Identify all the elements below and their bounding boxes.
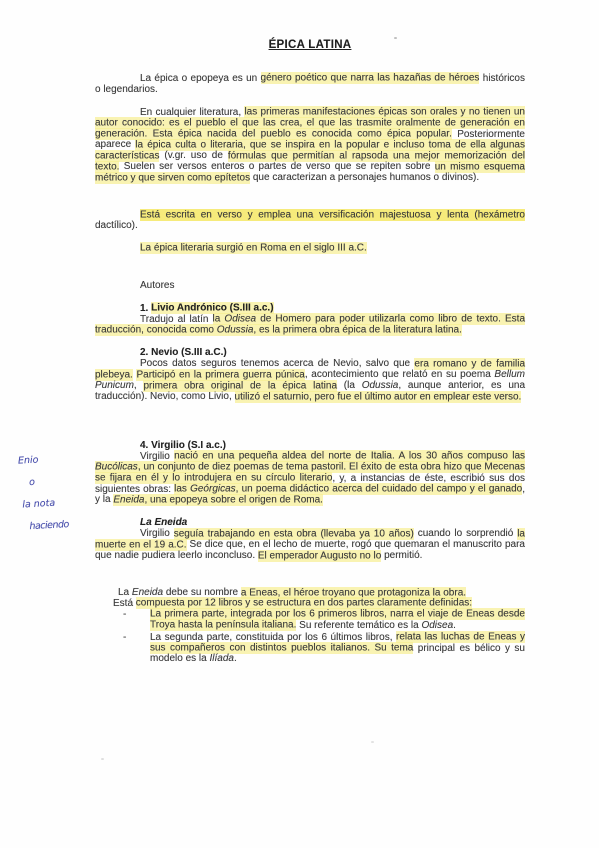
handwritten-margin-note: Enioola notahaciendo	[12, 452, 89, 544]
highlight-run: género poético que narra las hazañas de …	[261, 72, 480, 84]
photocopy-speck	[371, 741, 374, 743]
text-run: dactílico).	[95, 220, 138, 231]
text-run: La	[118, 587, 132, 598]
paragraph: La épica o epopeya es un género poético …	[95, 74, 525, 96]
highlight-run: Odussia	[217, 324, 254, 336]
italic-term: La Eneida	[140, 517, 187, 528]
text-run: (v.gr. uso de	[159, 150, 227, 161]
text-run: (la	[337, 380, 362, 391]
text-run: Tradujo al latín	[140, 314, 213, 325]
italic-term: Odussia	[362, 380, 399, 391]
paragraph: Virgilio nació en una pequeña aldea del …	[95, 452, 525, 507]
highlight-run: Eneida	[113, 494, 144, 506]
paragraph: Pocos datos seguros tenemos acerca de Ne…	[95, 359, 525, 403]
paragraph: En cualquier literatura, las primeras ma…	[95, 108, 525, 184]
highlight-run: Está escrita en verso y emplea una versi…	[140, 209, 525, 221]
vertical-space	[95, 415, 525, 441]
highlight-run: primera obra original de la épica latina	[143, 380, 337, 392]
paragraph: Tradujo al latín la Odisea de Homero par…	[95, 315, 525, 337]
handwritten-line: haciendo	[29, 518, 88, 533]
document-body: La épica o epopeya es un género poético …	[95, 74, 525, 665]
bullet-dash: -	[123, 610, 150, 632]
paragraph: Está escrita en verso y emplea una versi…	[95, 210, 525, 232]
text-run: .	[234, 653, 237, 664]
highlight-run: El emperador Augusto no lo	[258, 550, 381, 562]
text-run: 2. Nevio (S.III a.C.)	[140, 347, 227, 358]
vertical-space	[95, 574, 525, 588]
text-run: permitió.	[381, 550, 422, 561]
text-run: .	[453, 620, 456, 631]
text-run: Pocos datos seguros tenemos acerca de Ne…	[140, 358, 414, 369]
scanned-document-page: Enioola notahaciendo ÉPICA LATINA La épi…	[0, 0, 599, 848]
text-run: que caracterizan a personajes humanos o …	[250, 172, 479, 183]
paragraph: Virgilio seguía trabajando en esta obra …	[95, 529, 525, 562]
text-run: Está	[113, 598, 136, 609]
text-run: , acontecimiento que relató en su poema	[305, 369, 495, 380]
plain-heading: Autores	[95, 281, 525, 292]
highlight-run: , es la primera obra épica de la literat…	[253, 324, 461, 336]
text-run: La segunda parte, constituida por los 6 …	[150, 632, 396, 643]
bullet-dash: -	[123, 633, 150, 666]
handwritten-line: o	[29, 474, 86, 489]
highlight-run: seguía trabajando en esta obra (llevaba …	[174, 528, 414, 540]
bullet-text: La segunda parte, constituida por los 6 …	[150, 633, 525, 666]
highlight-run: Participó en la primera guerra púnica	[136, 369, 304, 381]
handwritten-line: Enio	[18, 452, 85, 467]
document-content: ÉPICA LATINA La épica o epopeya es un gé…	[95, 40, 525, 666]
italic-term: Odisea	[421, 620, 453, 631]
bullet-item: -La primera parte, integrada por los 6 p…	[123, 610, 525, 632]
vertical-space	[95, 267, 525, 281]
text-run: Virgilio	[140, 528, 174, 539]
photocopy-speck	[394, 37, 397, 39]
text-run: Su referente temático es la	[296, 620, 421, 631]
bullet-item: -La segunda parte, constituida por los 6…	[123, 633, 525, 666]
page-title: ÉPICA LATINA	[95, 40, 525, 51]
highlight-run: utilizó el saturnio, pero fue el último …	[235, 391, 522, 403]
text-run: La épica o epopeya es un	[140, 73, 261, 84]
italic-term: Ilíada	[209, 653, 233, 664]
text-run: 1.	[140, 303, 151, 314]
text-run: Autores	[140, 280, 174, 291]
handwritten-line: la nota	[22, 496, 87, 511]
bullet-text: La primera parte, integrada por los 6 pr…	[150, 610, 525, 632]
highlight-run: , una epopeya sobre el origen de Roma.	[144, 494, 322, 506]
paragraph: La épica literaria surgió en Roma en el …	[95, 244, 525, 255]
highlight-run: La épica literaria surgió en Roma en el …	[140, 242, 367, 254]
vertical-space	[95, 196, 525, 210]
text-run: cuando lo sorprendió	[414, 528, 517, 539]
text-run: Suelen ser versos enteros o partes de ve…	[119, 161, 434, 172]
photocopy-speck	[101, 758, 104, 760]
